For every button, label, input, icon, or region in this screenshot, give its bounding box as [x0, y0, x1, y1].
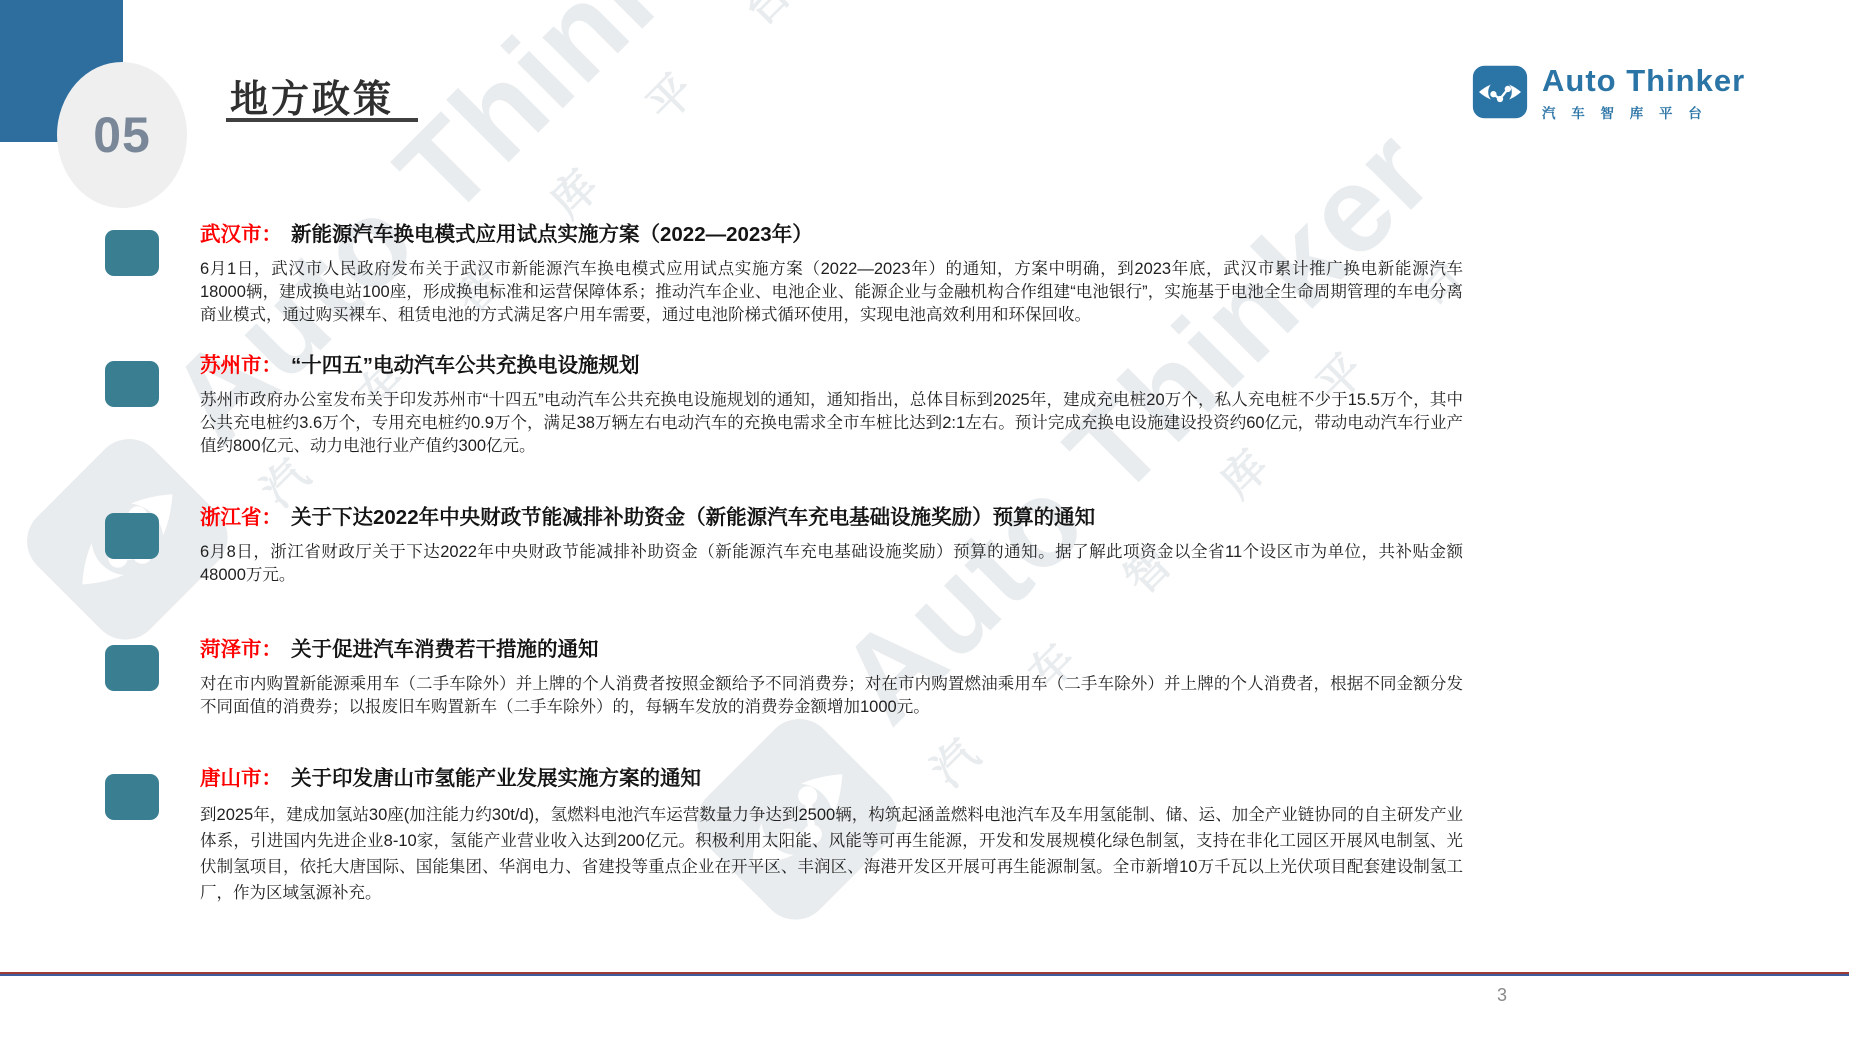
policy-body: 6月8日，浙江省财政厅关于下达2022年中央财政节能减排补助资金（新能源汽车充电…: [200, 541, 1463, 587]
city-label: 浙江省：: [200, 506, 282, 529]
policy-title: 关于促进汽车消费若干措施的通知: [291, 638, 599, 661]
section-bullet: [105, 774, 159, 820]
policy-section-heze: 菏泽市：关于促进汽车消费若干措施的通知 对在市内购置新能源乘用车（二手车除外）并…: [200, 637, 1463, 719]
page-number: 3: [1497, 985, 1507, 1006]
section-heading: 苏州市：“十四五”电动汽车公共充换电设施规划: [200, 353, 1463, 379]
policy-section-wuhan: 武汉市：新能源汽车换电模式应用试点实施方案（2022—2023年） 6月1日，武…: [200, 222, 1463, 327]
policy-body: 6月1日，武汉市人民政府发布关于武汉市新能源汽车换电模式应用试点实施方案（202…: [200, 258, 1463, 328]
policy-title: “十四五”电动汽车公共充换电设施规划: [291, 354, 640, 377]
footer-divider: [0, 972, 1849, 976]
policy-body: 对在市内购置新能源乘用车（二手车除外）并上牌的个人消费者按照金额给予不同消费券；…: [200, 673, 1463, 719]
policy-sections: 武汉市：新能源汽车换电模式应用试点实施方案（2022—2023年） 6月1日，武…: [0, 0, 1849, 1040]
section-heading: 唐山市：关于印发唐山市氢能产业发展实施方案的通知: [200, 766, 1463, 792]
policy-section-suzhou: 苏州市：“十四五”电动汽车公共充换电设施规划 苏州市政府办公室发布关于印发苏州市…: [200, 353, 1463, 458]
section-bullet: [105, 361, 159, 407]
section-bullet: [105, 645, 159, 691]
policy-title: 新能源汽车换电模式应用试点实施方案（2022—2023年）: [291, 223, 813, 246]
policy-body: 苏州市政府办公室发布关于印发苏州市“十四五”电动汽车公共充换电设施规划的通知，通…: [200, 389, 1463, 459]
section-bullet: [105, 513, 159, 559]
city-label: 苏州市：: [200, 354, 282, 377]
policy-title: 关于下达2022年中央财政节能减排补助资金（新能源汽车充电基础设施奖励）预算的通…: [291, 506, 1095, 529]
section-heading: 浙江省：关于下达2022年中央财政节能减排补助资金（新能源汽车充电基础设施奖励）…: [200, 505, 1463, 531]
policy-body: 到2025年，建成加氢站30座(加注能力约30t/d)，氢燃料电池汽车运营数量力…: [200, 802, 1463, 906]
city-label: 唐山市：: [200, 767, 282, 790]
section-heading: 武汉市：新能源汽车换电模式应用试点实施方案（2022—2023年）: [200, 222, 1463, 248]
policy-section-zhejiang: 浙江省：关于下达2022年中央财政节能减排补助资金（新能源汽车充电基础设施奖励）…: [200, 505, 1463, 587]
policy-section-tangshan: 唐山市：关于印发唐山市氢能产业发展实施方案的通知 到2025年，建成加氢站30座…: [200, 766, 1463, 906]
policy-title: 关于印发唐山市氢能产业发展实施方案的通知: [291, 767, 701, 790]
city-label: 菏泽市：: [200, 638, 282, 661]
section-heading: 菏泽市：关于促进汽车消费若干措施的通知: [200, 637, 1463, 663]
section-bullet: [105, 230, 159, 276]
city-label: 武汉市：: [200, 223, 282, 246]
